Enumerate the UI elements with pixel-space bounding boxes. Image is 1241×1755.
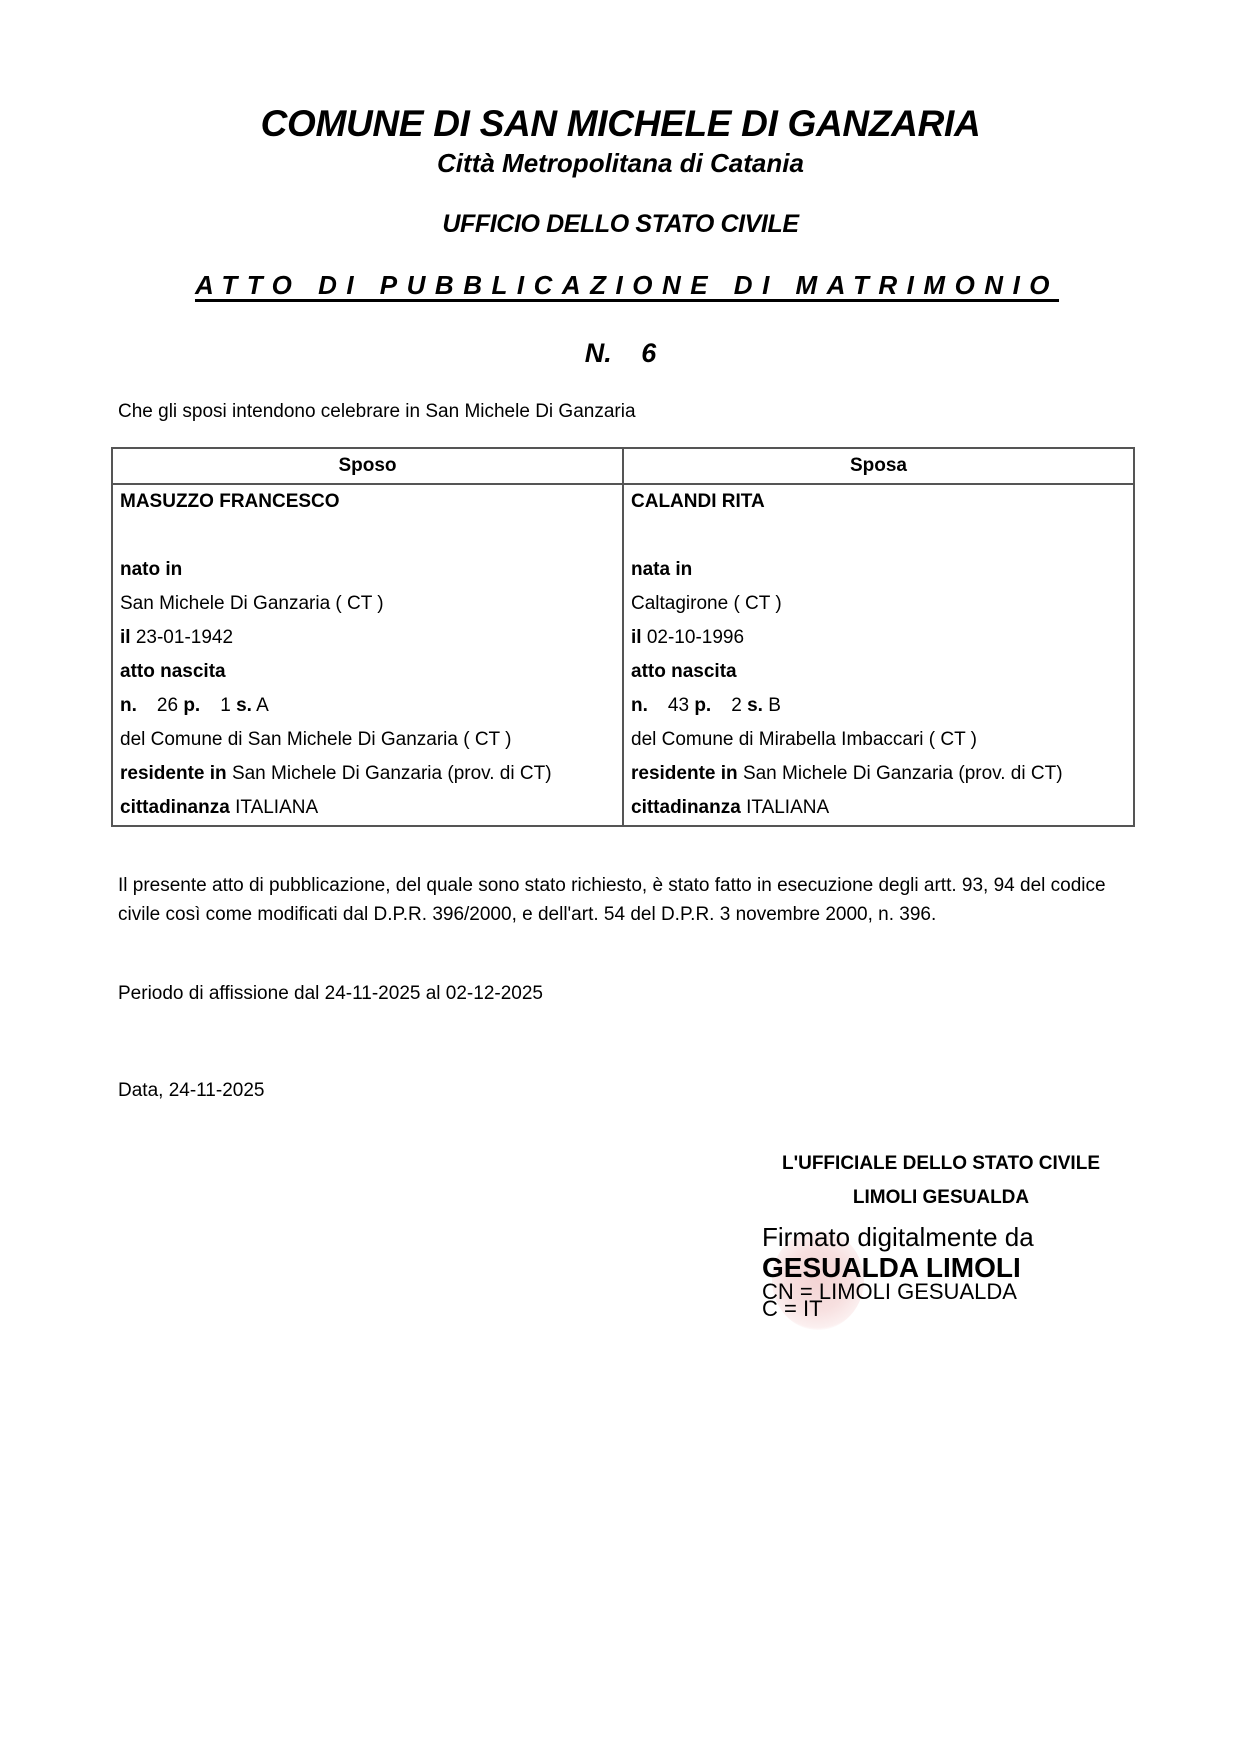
sposo-name: MASUZZO FRANCESCO — [120, 485, 622, 519]
sposo-birth-label: nato in — [120, 553, 622, 587]
sposo-birth-place: San Michele Di Ganzaria ( CT ) — [120, 587, 622, 621]
sposo-cell: MASUZZO FRANCESCO nato in San Michele Di… — [112, 484, 623, 826]
document-title: ATTO DI PUBBLICAZIONE DI MATRIMONIO — [184, 268, 1070, 302]
sposa-cittadinanza: cittadinanza ITALIANA — [631, 791, 1133, 825]
column-header-sposa: Sposa — [623, 448, 1134, 484]
table-header-row: Sposo Sposa — [112, 448, 1134, 484]
spouses-table: Sposo Sposa MASUZZO FRANCESCO nato in Sa… — [111, 447, 1135, 827]
citta-subtitle: Città Metropolitana di Catania — [0, 146, 1241, 180]
sposa-birth-label: nata in — [631, 553, 1133, 587]
sposa-atto-comune: del Comune di Mirabella Imbaccari ( CT ) — [631, 723, 1133, 757]
ufficio-heading: UFFICIO DELLO STATO CIVILE — [0, 208, 1241, 240]
sposo-residenza: residente in San Michele Di Ganzaria (pr… — [120, 757, 622, 791]
spacer — [120, 519, 622, 553]
sposa-residenza: residente in San Michele Di Ganzaria (pr… — [631, 757, 1133, 791]
digital-signature-country: C = IT — [762, 1298, 823, 1320]
act-number-label: N. — [585, 338, 612, 368]
sposo-birth-date: il 23-01-1942 — [120, 621, 622, 655]
digital-signature-label: Firmato digitalmente da — [762, 1222, 1034, 1252]
comune-title: COMUNE DI SAN MICHELE DI GANZARIA — [0, 100, 1241, 148]
sposo-atto-ref: n.26 p.1 s. A — [120, 689, 622, 723]
sposa-name: CALANDI RITA — [631, 485, 1133, 519]
column-header-sposo: Sposo — [112, 448, 623, 484]
sposa-birth-date: il 02-10-1996 — [631, 621, 1133, 655]
sposo-atto-comune: del Comune di San Michele Di Ganzaria ( … — [120, 723, 622, 757]
sposa-atto-label: atto nascita — [631, 655, 1133, 689]
table-row: MASUZZO FRANCESCO nato in San Michele Di… — [112, 484, 1134, 826]
act-number: N. 6 — [0, 336, 1241, 370]
intro-text: Che gli sposi intendono celebrare in San… — [118, 400, 636, 424]
sposa-atto-ref: n.43 p.2 s. B — [631, 689, 1133, 723]
legal-paragraph: Il presente atto di pubblicazione, del q… — [118, 871, 1138, 929]
sposa-birth-place: Caltagirone ( CT ) — [631, 587, 1133, 621]
sposo-cittadinanza: cittadinanza ITALIANA — [120, 791, 622, 825]
sposo-atto-label: atto nascita — [120, 655, 622, 689]
spacer — [631, 519, 1133, 553]
officer-name: LIMOLI GESUALDA — [756, 1186, 1126, 1210]
act-number-value: 6 — [641, 338, 656, 368]
sposa-cell: CALANDI RITA nata in Caltagirone ( CT ) … — [623, 484, 1134, 826]
document-date: Data, 24-11-2025 — [118, 1079, 264, 1103]
posting-period: Periodo di affissione dal 24-11-2025 al … — [118, 982, 543, 1006]
officer-title: L'UFFICIALE DELLO STATO CIVILE — [756, 1152, 1126, 1176]
